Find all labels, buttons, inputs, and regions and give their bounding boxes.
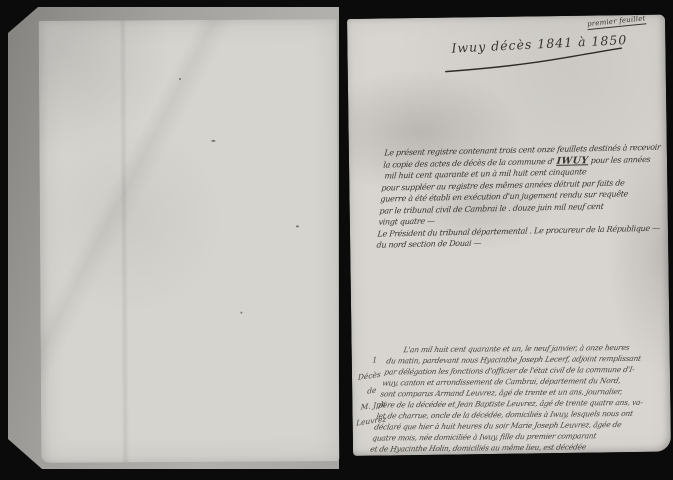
right-manuscript-page: premier feuillet Iwuy décès 1841 à 1850 …: [347, 15, 671, 456]
registry-note-paragraph: Le présent registre contenant trois cent…: [376, 142, 669, 252]
paper-speck: [211, 140, 215, 142]
paper-speck: [179, 78, 181, 80]
handwritten-line: et de Hyacinthe Holin, domiciliés au mêm…: [369, 441, 653, 455]
scan-background: premier feuillet Iwuy décès 1841 à 1850 …: [0, 0, 673, 480]
title-underline-flourish: [443, 45, 623, 74]
paper-speck: [240, 312, 242, 314]
paper-speck: [296, 225, 299, 227]
left-blank-page: [39, 19, 340, 463]
corner-note: premier feuillet: [587, 15, 646, 31]
death-act-paragraph: L'an mil huit cent quarante et un, le ne…: [369, 341, 671, 454]
